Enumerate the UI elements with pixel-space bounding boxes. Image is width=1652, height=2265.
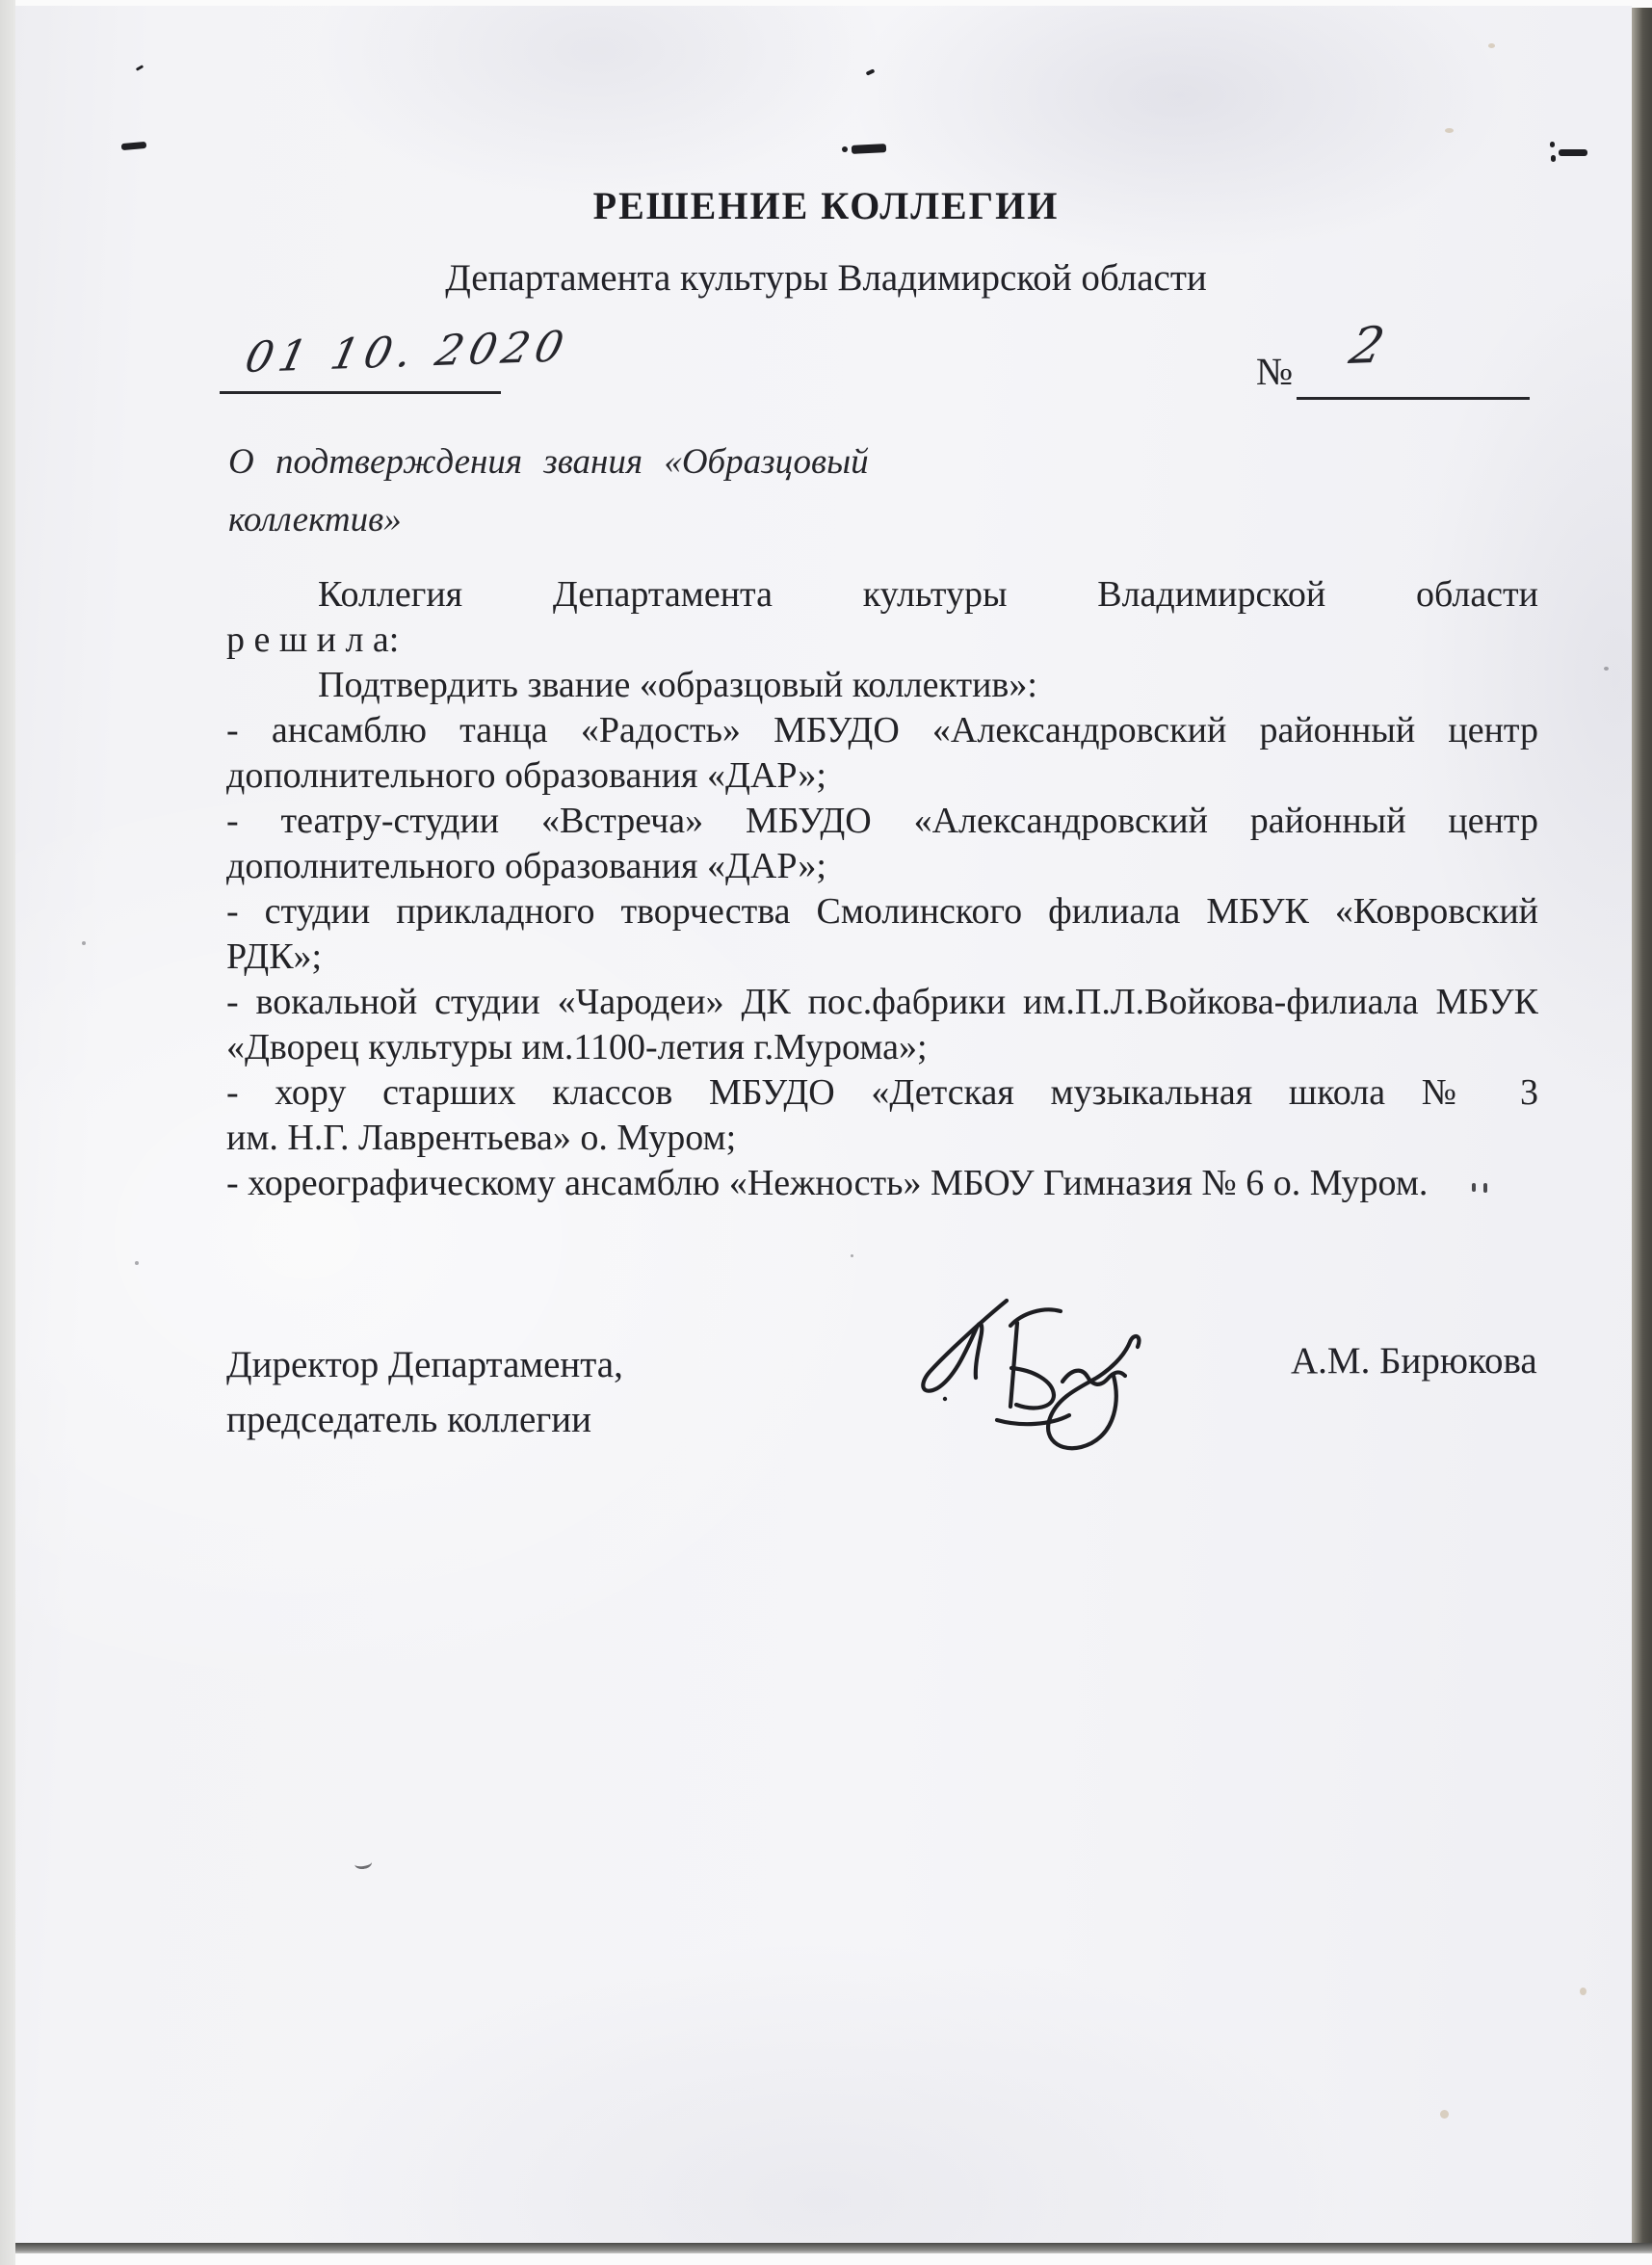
handwritten-signature: [910, 1241, 1151, 1462]
age-spot: [1440, 2110, 1449, 2119]
ink-mark: [852, 144, 886, 154]
body-line: дополнительного образования «ДАР»;: [226, 844, 1538, 889]
body-line: дополнительного образования «ДАР»;: [226, 753, 1538, 799]
document-subtitle: Департамента культуры Владимирской облас…: [0, 256, 1652, 300]
age-spot: [1445, 128, 1454, 133]
ink-mark: [1551, 155, 1556, 162]
age-spot: [1488, 43, 1495, 48]
signer-position-line: Директор Департамента,: [226, 1337, 623, 1392]
body-line: р е ш и л а:: [226, 618, 1538, 663]
date-underline: [220, 391, 501, 394]
scanned-document-page: { "document": { "title": "РЕШЕНИЕ КОЛЛЕГ…: [0, 0, 1652, 2265]
age-spot: [1580, 1988, 1586, 1995]
body-line: - вокальной студии «Чародеи» ДК пос.фабр…: [226, 980, 1538, 1025]
subject-line: коллектив»: [228, 491, 903, 549]
body-line: - ансамблю танца «Радость» МБУДО «Алекса…: [226, 708, 1538, 753]
scanner-speck: [82, 941, 86, 945]
number-underline: [1297, 397, 1530, 400]
scan-edge-left: [0, 0, 15, 2265]
body-line: Подтвердить звание «образцовый коллектив…: [226, 663, 1538, 708]
body-line: Коллегия Департамента культуры Владимирс…: [226, 572, 1538, 618]
body-line: «Дворец культуры им.1100-летия г.Мурома»…: [226, 1025, 1538, 1070]
signer-name: А.М. Бирюкова: [1291, 1339, 1537, 1383]
body-line: - хору старших классов МБУДО «Детская му…: [226, 1070, 1538, 1116]
scanner-speck: [135, 1261, 139, 1265]
subject-heading: О подтверждения звания «Образцовый колле…: [228, 434, 903, 549]
scanner-speck: [1604, 667, 1609, 671]
ink-mark: [842, 146, 848, 152]
body-line: им. Н.Г. Лаврентьева» о. Муром;: [226, 1116, 1538, 1161]
signer-position-line: председатель коллегии: [226, 1392, 623, 1447]
resolution-body: Коллегия Департамента культуры Владимирс…: [226, 572, 1538, 1206]
body-line: - студии прикладного творчества Смолинск…: [226, 889, 1538, 935]
ink-mark: [1559, 149, 1587, 156]
number-label: №: [1256, 349, 1293, 394]
scanner-speck: [851, 1254, 853, 1257]
scan-edge-right: [1632, 8, 1652, 2252]
body-line: РДК»;: [226, 935, 1538, 980]
ink-mark: [1550, 142, 1555, 147]
subject-line: О подтверждения звания «Образцовый: [228, 434, 903, 491]
body-line: - хореографическому ансамблю «Нежность» …: [226, 1161, 1538, 1206]
signer-position: Директор Департамента, председатель колл…: [226, 1337, 623, 1447]
document-title: РЕШЕНИЕ КОЛЛЕГИИ: [0, 183, 1652, 228]
scan-shadow-bottom: [15, 2243, 1652, 2253]
body-line: - театру-студии «Встреча» МБУДО «Алексан…: [226, 799, 1538, 844]
